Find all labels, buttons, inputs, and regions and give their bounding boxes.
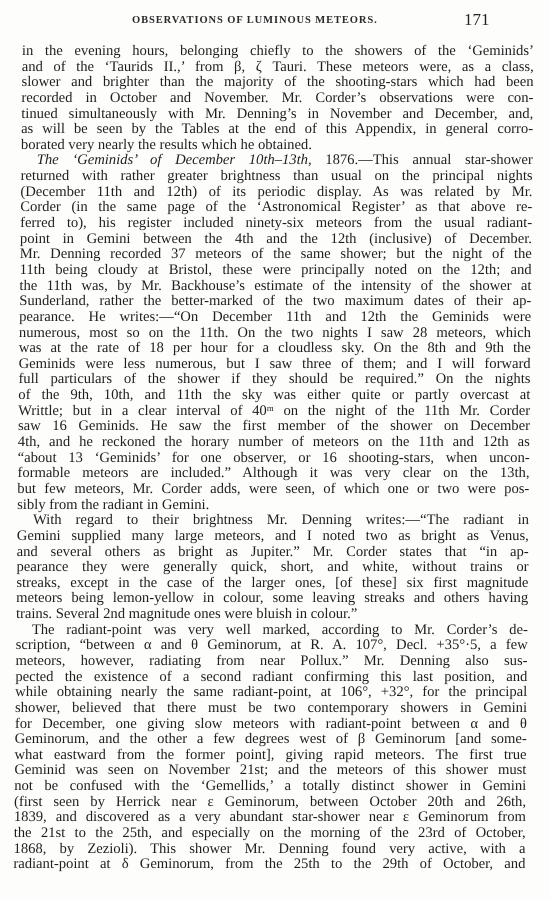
- text-line: pected the existence of a second radiant…: [15, 670, 527, 686]
- text-line: shower, believed that there must be two …: [15, 701, 527, 717]
- text-line: point in Gemini between the 4th and the …: [20, 232, 532, 248]
- text-line: returned with rather greater brightness …: [21, 169, 533, 185]
- text-line: Gemini supplied many large meteors, and …: [17, 529, 529, 545]
- text-line: in the evening hours, belonging chiefly …: [22, 44, 534, 60]
- body-text: in the evening hours, belonging chiefly …: [13, 44, 534, 873]
- text-line: 1839, and discovered as a very abundant …: [14, 810, 526, 826]
- text-line: Geminids were less numerous, but I saw t…: [19, 357, 531, 373]
- text-line: borated very nearly the results which he…: [21, 138, 533, 154]
- text-line: With regard to their brightness Mr. Denn…: [17, 513, 529, 529]
- text-line: what eastward from the former point], gi…: [14, 748, 526, 764]
- text-line: Writtle; but in a clear interval of 40ᵐ …: [18, 404, 530, 420]
- text-line: for December, one giving slow meteors wi…: [15, 717, 527, 733]
- text-line: the 11th was, by Mr. Backhouse’s estimat…: [19, 279, 531, 295]
- text-line: tinued simultaneously with Mr. Denning’s…: [21, 107, 533, 123]
- text-line: Mr. Denning recorded 37 meteors of the s…: [20, 247, 532, 263]
- text-line: Geminorum, and the other a few degrees w…: [15, 732, 527, 748]
- section-title: The ‘Geminids’ of December 10th–13th,: [37, 152, 312, 168]
- text-line: the 21st to the 25th, and especially on …: [14, 826, 526, 842]
- text-line: 11th being cloudy at Bristol, these were…: [20, 263, 532, 279]
- text-line: meteors, however, radiating from near Po…: [15, 654, 527, 670]
- running-head: OBSERVATIONS OF LUMINOUS METEORS. 171: [0, 10, 550, 34]
- text-line: numerous, most so on the 11th. On the tw…: [19, 326, 531, 342]
- text-line: streaks, except in the case of the large…: [16, 576, 528, 592]
- text-line: saw 16 Geminids. He saw the first member…: [18, 419, 530, 435]
- text-line: (December 11th and 12th) of its periodic…: [20, 185, 532, 201]
- text-line: “about 13 ‘Geminids’ for one observer, o…: [18, 451, 530, 467]
- text-line: was at the rate of 18 per hour for a clo…: [19, 341, 531, 357]
- running-title: OBSERVATIONS OF LUMINOUS METEORS.: [132, 15, 378, 26]
- text-line: meteors being lemon-yellow in colour, so…: [16, 591, 528, 607]
- text-line: trains. Several 2nd magnitude ones were …: [16, 607, 528, 623]
- text-line: slower and brighter than the majority of…: [22, 75, 534, 91]
- text-line: pearance they were generally quick, shor…: [16, 560, 528, 576]
- section-title-rest: 1876.—This annual star-shower: [312, 152, 533, 168]
- text-line: while obtaining nearly the same radiant-…: [15, 685, 527, 701]
- text-line: of the 9th, 10th, and 11th the sky was e…: [18, 388, 530, 404]
- book-page: OBSERVATIONS OF LUMINOUS METEORS. 171 in…: [0, 0, 550, 900]
- text-line: Corder (in the same page of the ‘Astrono…: [20, 200, 532, 216]
- text-line: sibly from the radiant in Gemini.: [17, 498, 529, 514]
- text-line: full particulars of the shower if they s…: [18, 372, 530, 388]
- text-line: 1868, by Zezioli). This shower Mr. Denni…: [13, 842, 525, 858]
- text-line: as will be seen by the Tables at the end…: [21, 122, 533, 138]
- text-line: radiant-point at δ Geminorum, from the 2…: [13, 857, 525, 873]
- page-number: 171: [464, 10, 490, 30]
- text-line: and of the ‘Taurids II.,’ from β, ζ Taur…: [22, 60, 534, 76]
- text-line: 4th, and he reckoned the horary number o…: [18, 435, 530, 451]
- text-line: The radiant-point was very well marked, …: [16, 623, 528, 639]
- text-line: ferred to), his register included ninety…: [20, 216, 532, 232]
- text-line: (first seen by Herrick near ε Geminorum,…: [14, 795, 526, 811]
- text-line: pearance. He writes:—“On December 11th a…: [19, 310, 531, 326]
- text-line: not be confused with the ‘Gemellids,’ a …: [14, 779, 526, 795]
- text-line: and several others as bright as Jupiter.…: [17, 545, 529, 561]
- text-line: Geminid was seen on November 21st; and t…: [14, 763, 526, 779]
- text-line: formable meteors are included.” Although…: [17, 466, 529, 482]
- text-line: scription, “between α and θ Geminorum, a…: [16, 638, 528, 654]
- text-line: The ‘Geminids’ of December 10th–13th, 18…: [21, 153, 533, 169]
- text-line: but few meteors, Mr. Corder adds, were s…: [17, 482, 529, 498]
- text-line: Sunderland, rather the better-marked of …: [19, 294, 531, 310]
- text-line: recorded in October and November. Mr. Co…: [21, 91, 533, 107]
